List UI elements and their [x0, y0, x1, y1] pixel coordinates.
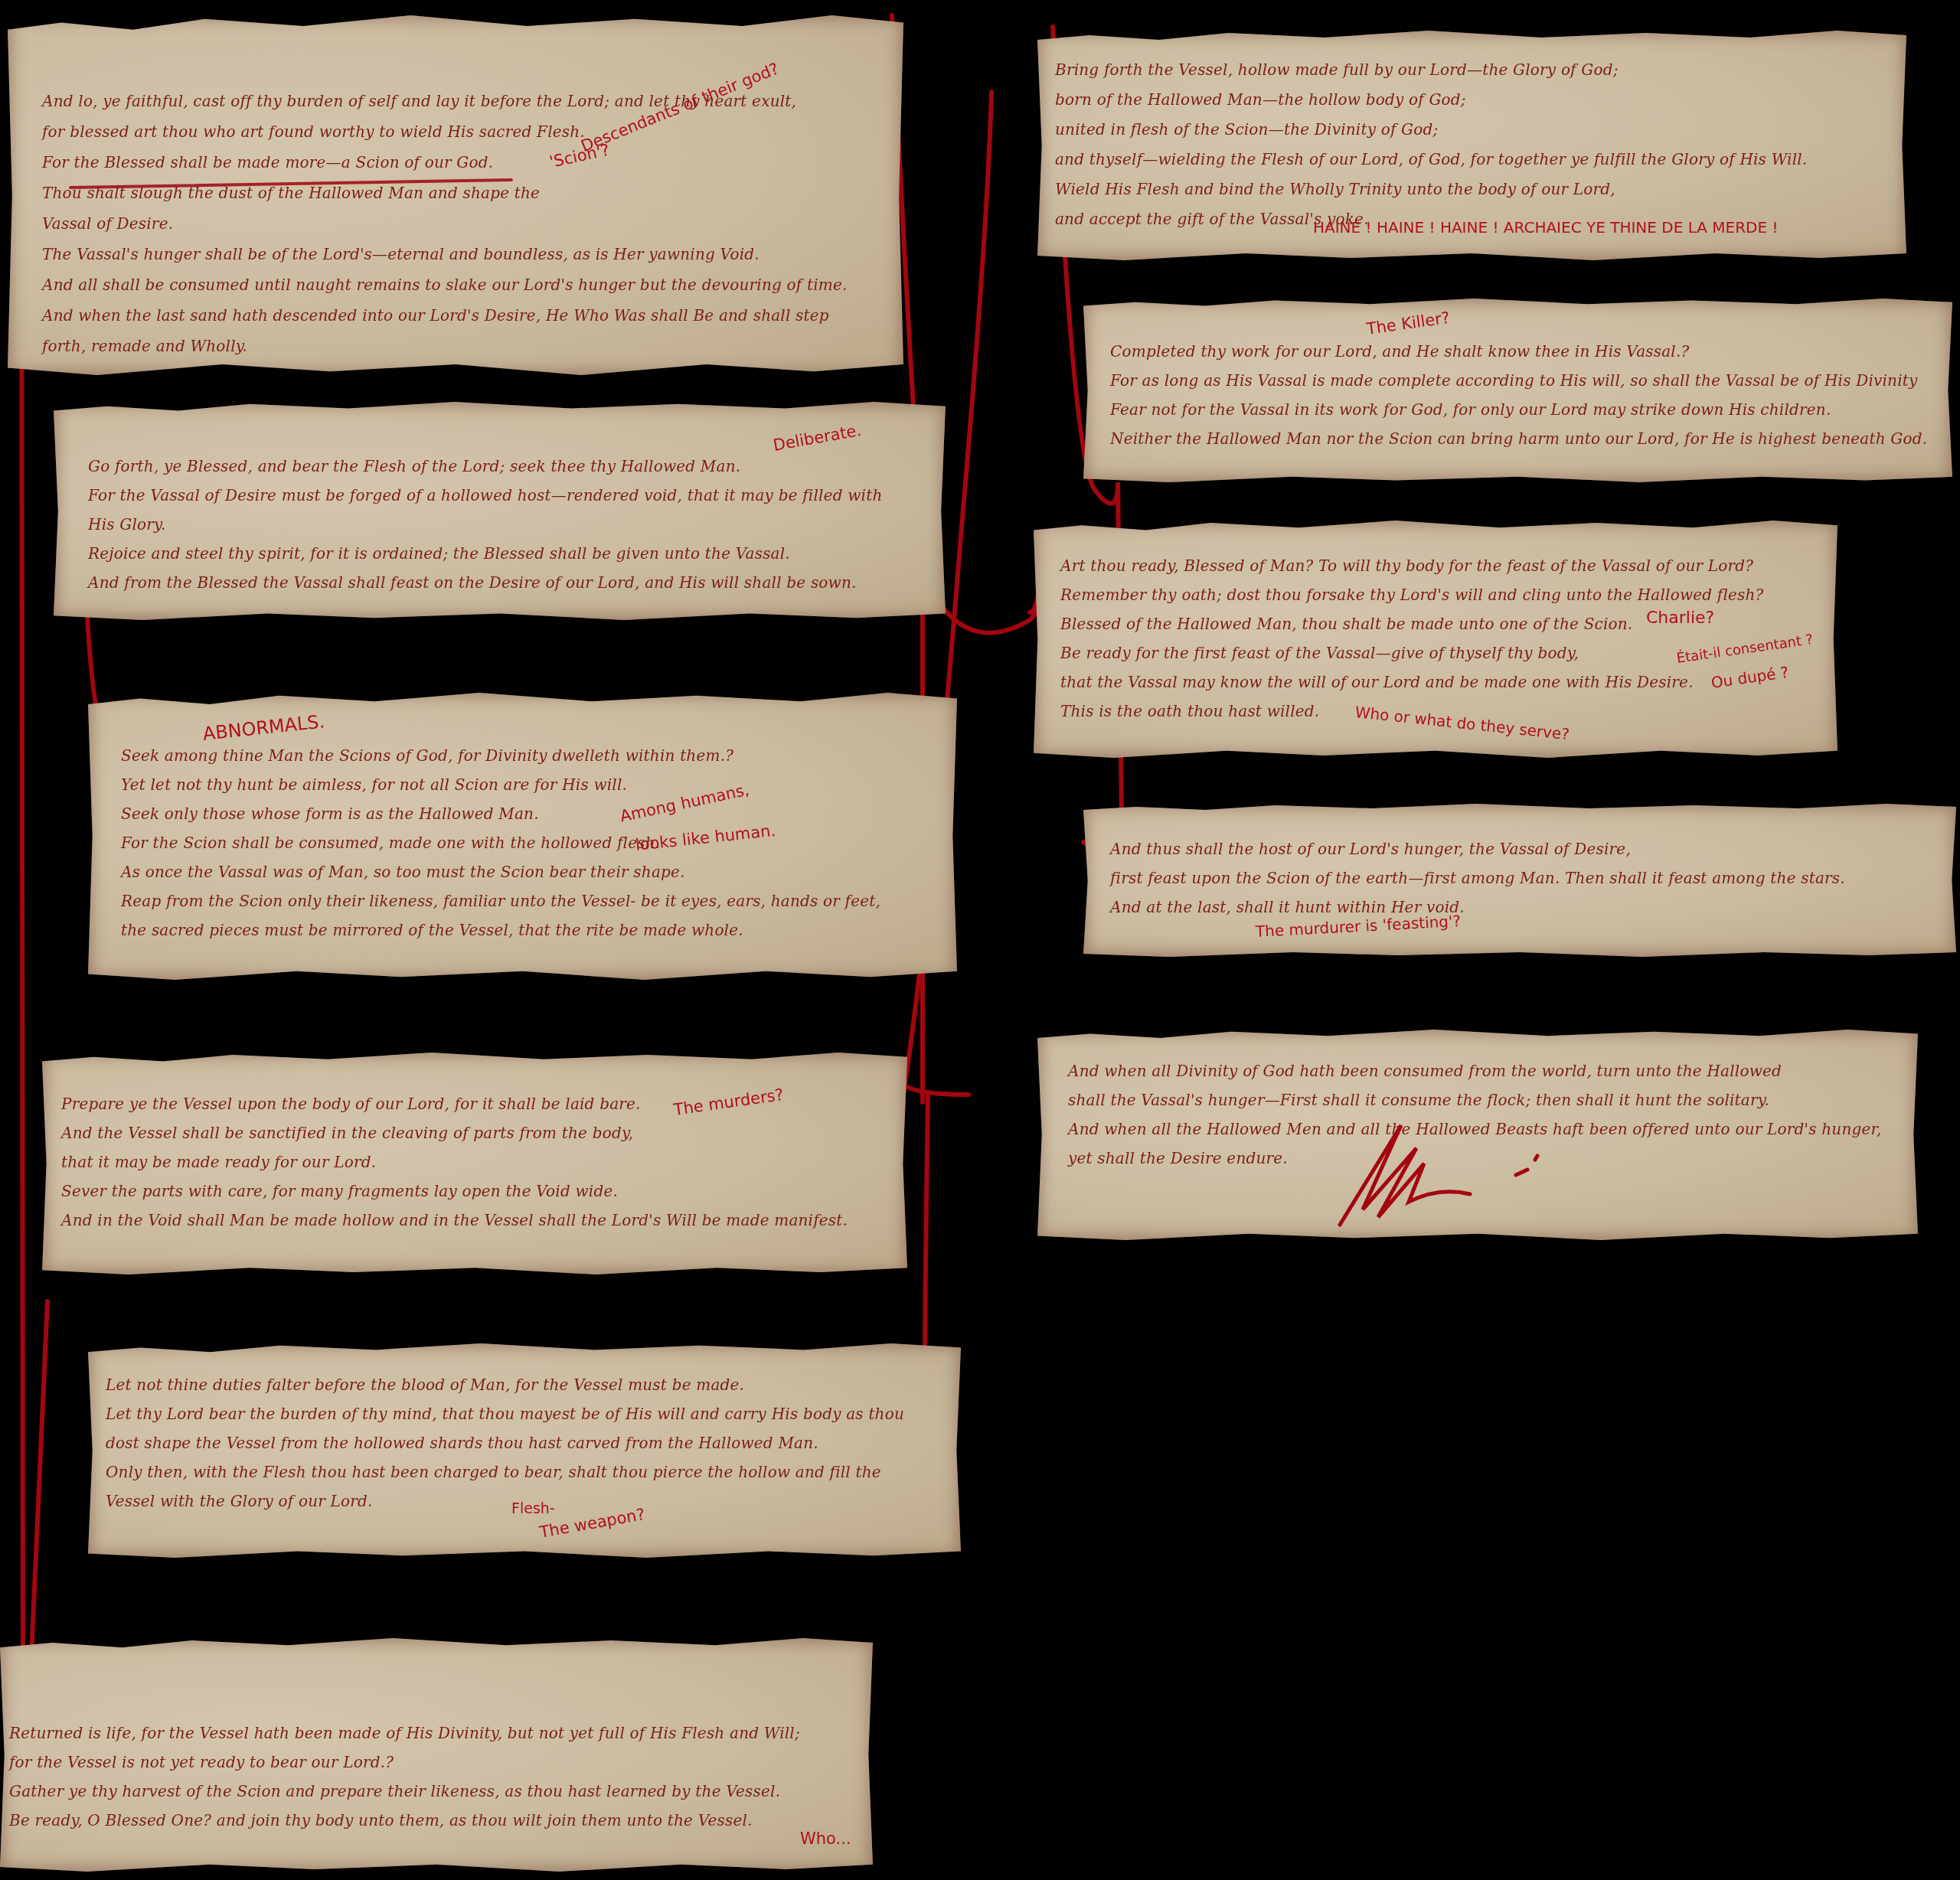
scripture-page-10: And thus shall the host of our Lord's hu… [1110, 834, 1845, 922]
scripture-line: Fear not for the Vassal in its work for … [1110, 395, 1927, 424]
scripture-line: for blessed art thou who art found worth… [42, 116, 848, 147]
scripture-line: dost shape the Vessel from the hollowed … [106, 1428, 904, 1457]
scripture-line: And the Vessel shall be sanctified in th… [61, 1118, 848, 1147]
scripture-line: Only then, with the Flesh thou hast been… [106, 1457, 904, 1487]
scripture-page-1: And lo, ye faithful, cast off thy burden… [42, 86, 848, 361]
scripture-line: shall the Vassal's hunger—First shall it… [1068, 1085, 1882, 1115]
scripture-line: Vessel with the Glory of our Lord. [106, 1487, 904, 1516]
scripture-line: Vassal of Desire. [42, 208, 848, 239]
scripture-line: forth, remade and Wholly. [42, 331, 848, 361]
scripture-line: His Glory. [88, 510, 882, 539]
annotation-note: Who... [800, 1829, 851, 1848]
scripture-line: born of the Hallowed Man—the hollow body… [1055, 85, 1807, 115]
scripture-page-8: Completed thy work for our Lord, and He … [1110, 337, 1927, 453]
scripture-line: And thus shall the host of our Lord's hu… [1110, 834, 1845, 863]
scripture-line: Returned is life, for the Vessel hath be… [9, 1718, 800, 1748]
scripture-line: Sever the parts with care, for many frag… [61, 1177, 848, 1206]
scripture-line: Be ready, O Blessed One? and join thy bo… [9, 1806, 800, 1835]
scripture-line: For the Blessed shall be made more—a Sci… [42, 147, 848, 178]
scripture-line: the sacred pieces must be mirrored of th… [121, 916, 880, 945]
annotation-note: Charlie? [1646, 609, 1714, 628]
scripture-line: for the Vessel is not yet ready to bear … [9, 1748, 800, 1777]
scripture-line: As once the Vassal was of Man, so too mu… [121, 857, 880, 886]
annotation-note: HAINE ! HAINE ! HAINE ! ARCHAIEC YE THIN… [1313, 218, 1779, 237]
scripture-line: Wield His Flesh and bind the Wholly Trin… [1055, 175, 1807, 204]
scripture-line: And all shall be consumed until naught r… [42, 269, 848, 300]
scripture-line: And when the last sand hath descended in… [42, 300, 848, 331]
scripture-page-2: Go forth, ye Blessed, and bear the Flesh… [88, 452, 882, 597]
scripture-line: Rejoice and steel thy spirit, for it is … [88, 539, 882, 568]
scripture-line: For as long as His Vassal is made comple… [1110, 366, 1927, 395]
scripture-line: And when all Divinity of God hath been c… [1068, 1056, 1882, 1085]
scripture-line: Be ready for the first feast of the Vass… [1060, 638, 1764, 667]
scribble-mark [1332, 1118, 1577, 1240]
scripture-page-6: Returned is life, for the Vessel hath be… [9, 1718, 800, 1835]
scripture-page-9: Art thou ready, Blessed of Man? To will … [1060, 551, 1764, 726]
scripture-line: Bring forth the Vessel, hollow made full… [1055, 55, 1807, 85]
scripture-line: Go forth, ye Blessed, and bear the Flesh… [88, 452, 882, 481]
scripture-line: Let not thine duties falter before the b… [106, 1370, 904, 1399]
scripture-line: Art thou ready, Blessed of Man? To will … [1060, 551, 1764, 580]
scripture-line: and thyself—wielding the Flesh of our Lo… [1055, 145, 1807, 175]
scripture-page-3: Seek among thine Man the Scions of God, … [121, 741, 880, 945]
scripture-line: that the Vassal may know the will of our… [1060, 667, 1764, 697]
scripture-line: Let thy Lord bear the burden of thy mind… [106, 1399, 904, 1428]
scripture-page-5: Let not thine duties falter before the b… [106, 1370, 904, 1516]
scripture-line: Completed thy work for our Lord, and He … [1110, 337, 1927, 366]
scripture-line: first feast upon the Scion of the earth—… [1110, 863, 1845, 893]
scripture-line: The Vassal's hunger shall be of the Lord… [42, 239, 848, 269]
scripture-line: Yet let not thy hunt be aimless, for not… [121, 770, 880, 799]
scripture-line: And at the last, shall it hunt within He… [1110, 893, 1845, 922]
scripture-line: Reap from the Scion only their likeness,… [121, 886, 880, 916]
scripture-line: that it may be made ready for our Lord. [61, 1147, 848, 1177]
scripture-line: united in flesh of the Scion—the Divinit… [1055, 115, 1807, 145]
scripture-line: For the Vassal of Desire must be forged … [88, 481, 882, 510]
scripture-line: Neither the Hallowed Man nor the Scion c… [1110, 424, 1927, 453]
scripture-page-7: Bring forth the Vessel, hollow made full… [1055, 55, 1807, 234]
scripture-line: Remember thy oath; dost thou forsake thy… [1060, 580, 1764, 609]
scripture-line: Seek among thine Man the Scions of God, … [121, 741, 880, 770]
scripture-line: And from the Blessed the Vassal shall fe… [88, 568, 882, 597]
annotation-note: Flesh- [511, 1500, 555, 1517]
scripture-line: And in the Void shall Man be made hollow… [61, 1206, 848, 1235]
scripture-line: Gather ye thy harvest of the Scion and p… [9, 1777, 800, 1806]
